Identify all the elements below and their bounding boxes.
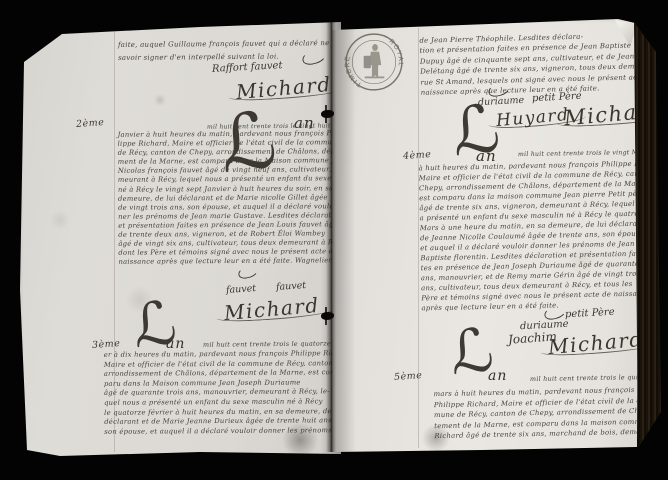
right-margin-rule bbox=[418, 28, 419, 448]
act3-margin-number: 3ème bbox=[92, 338, 121, 351]
left-page: faite, auquel Guillaume françois fauvet … bbox=[0, 0, 341, 480]
witness-signature: fauvet bbox=[276, 280, 307, 293]
handwritten-line: naissance après que lecture leur en a ét… bbox=[118, 257, 336, 268]
handwritten-line: arrondissement de Châlons, département d… bbox=[104, 368, 338, 379]
register-scan: faite, auquel Guillaume françois fauvet … bbox=[0, 0, 668, 480]
book-edge-right bbox=[634, 16, 664, 452]
stamp-text-timbre: TIMBRE bbox=[344, 55, 363, 88]
act5-first-line: mil huit cent trente trois le quinze bbox=[530, 373, 650, 383]
act2-body-text: Janvier à huit heures du matin, pardevan… bbox=[118, 129, 337, 267]
act5-initial-an: an bbox=[488, 368, 507, 384]
handwritten-line: son épouse, et auquel il a déclaré voulo… bbox=[104, 426, 338, 437]
act4-body-text: à huit heures du matin, pardevant nous f… bbox=[418, 159, 641, 314]
officer-signature: Michard bbox=[547, 327, 644, 359]
act4-margin-number: 4ème bbox=[403, 149, 432, 162]
act3-continuation-text: de Jean Pierre Théophile. Lesdites décla… bbox=[419, 30, 640, 98]
stamp-figure-icon bbox=[364, 44, 385, 78]
extra-signature: Huyard bbox=[495, 105, 570, 131]
act5-body-text: mars à huit heures du matin, pardevant n… bbox=[433, 385, 640, 442]
svg-text:TIMBRE: TIMBRE bbox=[344, 55, 363, 88]
act4-first-line: mil huit cent trente trois le vingt Mars bbox=[518, 149, 649, 158]
right-page: TIMBRE ROYAL de Jean Pierre Théophile. L… bbox=[332, 0, 668, 480]
handwritten-line: faite, auquel Guillaume françois fauvet … bbox=[118, 37, 336, 52]
officer-signature: Michard bbox=[223, 293, 320, 325]
act2-margin-number: 2ème bbox=[76, 117, 105, 130]
act3-body-text: er à dix heures du matin, pardevant nous… bbox=[104, 349, 339, 437]
witness-signature: Raffort fauvet bbox=[212, 60, 283, 75]
act5-margin-number: 5ème bbox=[394, 370, 423, 383]
witness-signature: petit Père bbox=[532, 91, 582, 105]
witness-signature: fauvet bbox=[226, 283, 257, 296]
witness-signature: petit Père bbox=[565, 307, 615, 321]
act3-first-line: mil huit cent trente trois le quatorze f… bbox=[203, 339, 352, 349]
timbre-royal-stamp: TIMBRE ROYAL bbox=[343, 31, 405, 93]
